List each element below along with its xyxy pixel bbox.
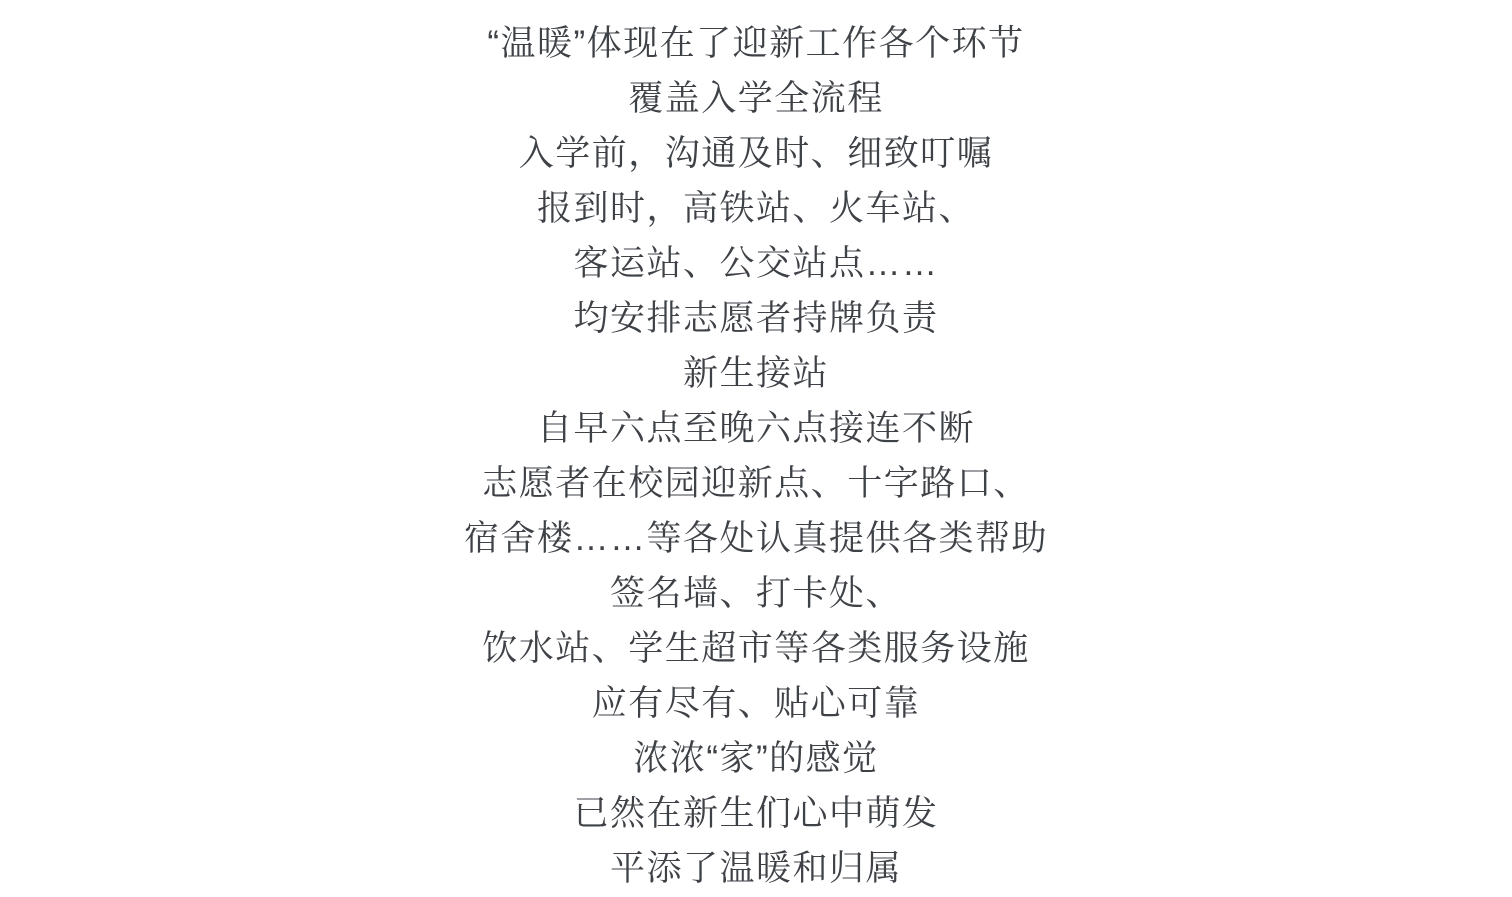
article-line: 饮水站、学生超市等各类服务设施 [0, 621, 1512, 676]
article-line: 签名墙、打卡处、 [0, 566, 1512, 621]
article-line: 自早六点至晚六点接连不断 [0, 401, 1512, 456]
article-line: 客运站、公交站点…… [0, 236, 1512, 291]
article-line: 新生接站 [0, 346, 1512, 401]
article-line: 浓浓“家”的感觉 [0, 731, 1512, 786]
article-line: 平添了温暖和归属 [0, 841, 1512, 896]
article-line: 志愿者在校园迎新点、十字路口、 [0, 456, 1512, 511]
article-line: 覆盖入学全流程 [0, 71, 1512, 126]
article-line: 入学前，沟通及时、细致叮嘱 [0, 126, 1512, 181]
article-line: “温暖”体现在了迎新工作各个环节 [0, 16, 1512, 71]
article-line: 均安排志愿者持牌负责 [0, 291, 1512, 346]
article-line: 报到时，高铁站、火车站、 [0, 181, 1512, 236]
article-line: 应有尽有、贴心可靠 [0, 676, 1512, 731]
article-text-block: “温暖”体现在了迎新工作各个环节 覆盖入学全流程 入学前，沟通及时、细致叮嘱 报… [0, 0, 1512, 896]
article-line: 已然在新生们心中萌发 [0, 786, 1512, 841]
article-line: 宿舍楼……等各处认真提供各类帮助 [0, 511, 1512, 566]
